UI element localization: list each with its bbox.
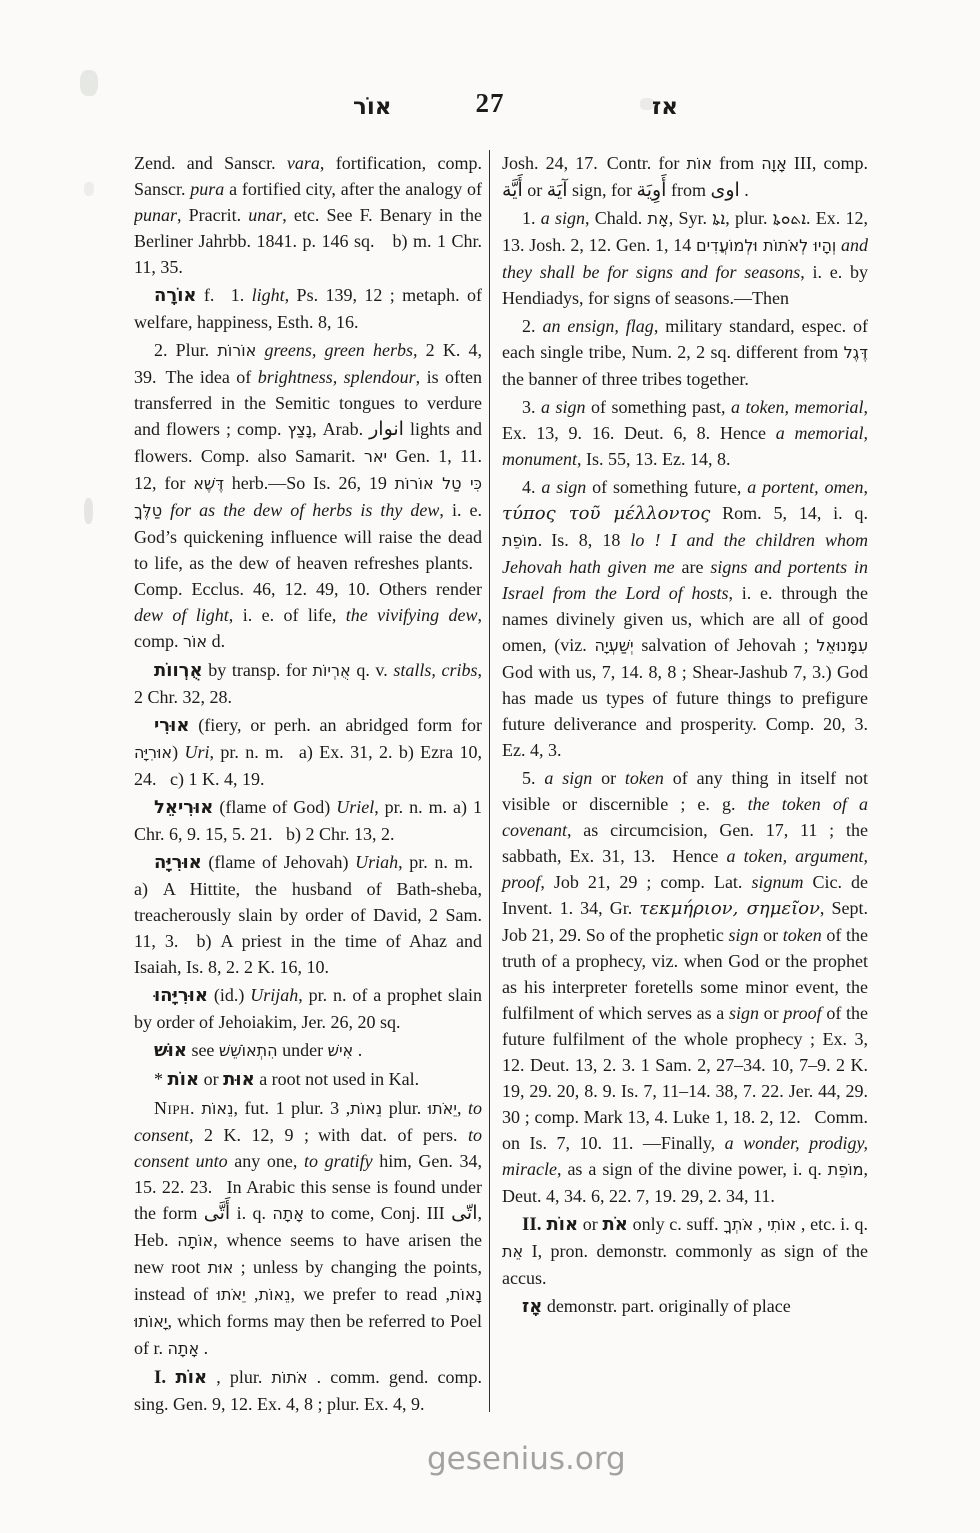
italic-text: sign	[729, 1003, 759, 1023]
text-segment: .	[353, 1040, 362, 1060]
text-segment: f. 1.	[197, 285, 252, 305]
paragraph: * אוֹת or אוּת a root not used in Kal.	[134, 1066, 482, 1093]
page-number: 27	[455, 88, 525, 119]
scanned-lexicon-page: אוֹר 27 אז Zend. and Sanscr. vara, forti…	[0, 0, 980, 1533]
left-column: Zend. and Sanscr. vara, fortification, c…	[134, 150, 482, 1422]
text-segment: God with us, 7, 14. 8, 8 ; Shear-Jashub …	[502, 662, 868, 760]
text-segment: salvation of Jehovah ;	[634, 635, 817, 655]
hebrew-headword: אוּרִיָּהוּ	[154, 985, 208, 1006]
italic-text: brightness, splendour	[258, 367, 416, 387]
hebrew-text: אָוָה	[761, 154, 787, 173]
text-segment: a root not used in Kal.	[255, 1069, 419, 1089]
text-segment: sign, for	[568, 180, 637, 200]
arabic-text: انوار	[369, 418, 404, 440]
paragraph: 2. Plur. אוֹרוֹת greens, green herbs, 2 …	[134, 337, 482, 655]
italic-text: Uriah	[355, 852, 398, 872]
text-segment: ,	[864, 477, 868, 497]
hebrew-text: וְהָיוּ לְאֹתוֹת וּלְמוֹעֲדִים	[696, 236, 836, 255]
italic-text: token	[625, 768, 664, 788]
text-segment: Zend. and Sanscr.	[134, 153, 287, 173]
hebrew-text: אָת	[648, 209, 669, 228]
text-segment: i. q.	[230, 1203, 272, 1223]
text-segment: 3.	[522, 397, 541, 417]
arabic-text: أَيَّة	[502, 179, 523, 201]
text-segment	[256, 340, 264, 360]
hebrew-headword: אוּרִי	[154, 715, 189, 736]
text-segment: (id.)	[208, 985, 250, 1005]
arabic-text: اوى	[710, 179, 739, 201]
text-segment: , Chald.	[585, 208, 648, 228]
hebrew-text: אֹתוֹת	[271, 1368, 307, 1387]
text-segment: are	[675, 557, 711, 577]
bold-label: I.	[154, 1367, 176, 1388]
italic-text: stalls, cribs	[393, 660, 477, 680]
italic-text: an ensign, flag	[542, 316, 653, 336]
hebrew-headword: אוּת	[223, 1069, 255, 1090]
hebrew-text: אוֹתָה	[177, 1231, 213, 1250]
hebrew-text: נֵאוֹת	[259, 1285, 291, 1304]
text-segment: (flame of God)	[213, 797, 336, 817]
hebrew-headword: אוֹרָה	[154, 285, 197, 306]
hebrew-headword: אוּשׁ	[154, 1040, 187, 1061]
paragraph: 2. an ensign, flag, military standard, e…	[502, 313, 868, 392]
watermark: gesenius.org	[427, 1441, 626, 1477]
hebrew-text: אֵת	[502, 1242, 523, 1261]
italic-text: to gratify	[304, 1151, 373, 1171]
paragraph: אָז demonstr. part. originally of place	[502, 1293, 868, 1320]
paragraph: Niph. נֵאוֹת, fut. 1 plur. נֵאוֹת, 3 plu…	[134, 1095, 482, 1362]
text-segment: by transp. for	[203, 660, 313, 680]
text-segment: III, comp.	[787, 153, 868, 173]
italic-text: punar	[134, 205, 177, 225]
text-segment: 4.	[522, 477, 541, 497]
italic-text: Uri	[184, 742, 209, 762]
italic-text: a sign	[541, 208, 585, 228]
hebrew-text: הִתְאוֹשֵׁשׁ	[219, 1041, 278, 1060]
scan-smudge	[84, 498, 93, 524]
text-segment: any one,	[228, 1151, 304, 1171]
hebrew-headword: אוּרִיאֵל	[154, 797, 213, 818]
text-segment: , i. e. of life,	[229, 605, 346, 625]
text-segment: , as a sign of the divine power, i. q.	[557, 1159, 828, 1179]
hebrew-text: אוּרִיָּה	[134, 743, 172, 762]
text-segment: under	[278, 1040, 328, 1060]
text-segment: d.	[207, 631, 225, 651]
text-segment: or	[523, 180, 547, 200]
italic-text: dew of light	[134, 605, 229, 625]
text-segment: *	[154, 1069, 168, 1089]
hebrew-text: אוֹת	[686, 154, 712, 173]
syriac-text: ܐܬܐ	[712, 209, 725, 229]
arabic-text: أَوِيَة	[637, 179, 667, 201]
hebrew-headword: אֹת	[603, 1214, 628, 1235]
text-segment: )	[172, 742, 184, 762]
text-segment: to come, Conj. III	[304, 1203, 451, 1223]
text-segment: , Pracrit.	[177, 205, 248, 225]
text-segment: 1.	[522, 208, 541, 228]
hebrew-headword: אוֹת	[547, 1214, 579, 1235]
text-segment: only c. suff.	[628, 1214, 723, 1234]
text-segment: Josh. 24, 17. Contr. for	[502, 153, 686, 173]
hebrew-text: אֹתְךָ	[723, 1215, 753, 1234]
header-left-keyword: אוֹר	[353, 94, 392, 120]
italic-text: pura	[190, 179, 224, 199]
italic-text: proof	[783, 1003, 821, 1023]
header-right-keyword: אז	[652, 94, 678, 120]
arabic-text: آيَة	[547, 179, 568, 201]
text-segment: or	[759, 1003, 783, 1023]
hebrew-text: מוֹפֵת	[502, 531, 538, 550]
text-segment: see	[187, 1040, 219, 1060]
hebrew-headword: אָז	[522, 1296, 542, 1317]
text-segment: , Job 21, 29 ; comp. Lat.	[540, 872, 751, 892]
paragraph: אוֹרָה f. 1. light, Ps. 139, 12 ; metaph…	[134, 282, 482, 335]
text-segment: or	[199, 1069, 223, 1089]
paragraph: אוּשׁ see הִתְאוֹשֵׁשׁ under אִישׁ .	[134, 1037, 482, 1064]
text-segment: , plur.	[207, 1367, 271, 1387]
italic-text: a token, memorial	[731, 397, 863, 417]
scan-smudge	[84, 182, 94, 196]
hebrew-text: עִמָּנוּאֵל	[816, 636, 868, 655]
text-segment: of something past,	[586, 397, 732, 417]
hebrew-text: נֵאוֹת	[202, 1099, 234, 1118]
text-segment: or	[578, 1214, 602, 1234]
text-segment: Rom. 5, 14, i. q.	[710, 503, 868, 523]
paragraph: אוּרִיָּהוּ (id.) Urijah, pr. n. of a pr…	[134, 982, 482, 1035]
hebrew-text: אוֹרוֹת	[217, 341, 256, 360]
text-segment: the banner of three tribes together.	[502, 369, 749, 389]
text-segment: , we prefer to read	[291, 1284, 446, 1304]
text-segment: , 2 K. 12, 9 ; with dat. of pers.	[189, 1125, 468, 1145]
text-segment: from	[666, 180, 710, 200]
text-segment: herb.—So Is. 26, 19	[224, 473, 395, 493]
hebrew-text: יְשַׁעְיָה	[595, 636, 634, 655]
paragraph: אֻרְווֹת by transp. for אֻרְיוֹת q. v. s…	[134, 657, 482, 710]
smallcaps-label: Niph.	[154, 1098, 195, 1118]
hebrew-text: יָאוֹתוּ	[134, 1312, 168, 1331]
greek-text: τύπος τοῦ μέλλοντος	[502, 503, 710, 524]
text-segment: .	[199, 1338, 208, 1358]
italic-text: sign	[728, 925, 758, 945]
hebrew-headword: אוּרִיָּה	[154, 852, 202, 873]
text-segment: , plur.	[725, 208, 773, 228]
italic-text: light	[252, 285, 285, 305]
italic-text: the vivifying dew	[346, 605, 478, 625]
text-segment: ,	[246, 1284, 259, 1304]
italic-text: token	[783, 925, 822, 945]
italic-text: a sign	[541, 397, 586, 417]
text-segment: , Arab.	[312, 419, 369, 439]
text-segment: or	[592, 768, 625, 788]
text-segment: or	[758, 925, 782, 945]
bold-label: II.	[522, 1214, 547, 1235]
hebrew-text: יֵאֹתוּ	[428, 1099, 457, 1118]
italic-text: a portent, omen	[747, 477, 863, 497]
hebrew-text: אִישׁ	[328, 1041, 354, 1060]
text-segment: q. v.	[351, 660, 394, 680]
text-segment: of something future,	[586, 477, 747, 497]
arabic-text: اتّى	[451, 1202, 477, 1224]
italic-text: unar	[248, 205, 282, 225]
running-header: אוֹר 27 אז	[0, 88, 980, 134]
text-segment: , Syr.	[669, 208, 713, 228]
hebrew-text: מוֹפֵת	[828, 1160, 864, 1179]
hebrew-text: דֶּשֶׁא	[193, 474, 224, 493]
text-segment: 2. Plur.	[154, 340, 217, 360]
italic-text: a sign	[541, 477, 586, 497]
hebrew-text: אוֹתִי	[767, 1215, 796, 1234]
hebrew-text: נָאוֹת	[450, 1285, 482, 1304]
hebrew-text: אוּת	[208, 1258, 234, 1277]
paragraph: I. אוֹת , plur. אֹתוֹת . comm. gend. com…	[134, 1364, 482, 1417]
paragraph: Zend. and Sanscr. vara, fortification, c…	[134, 150, 482, 280]
text-segment: (fiery, or perh. an abridged form for	[189, 715, 482, 735]
hebrew-text: נֵאוֹת	[350, 1099, 382, 1118]
text-segment: from	[712, 153, 761, 173]
text-segment: ,	[457, 1098, 468, 1118]
text-segment: . Is. 8, 18	[538, 530, 631, 550]
syriac-text: ܐܬܘܬܐ	[773, 209, 806, 229]
paragraph: 4. a sign of something future, a portent…	[502, 474, 868, 763]
text-segment: , Is. 55, 13. Ez. 14, 8.	[577, 449, 730, 469]
arabic-text: أَتَّى	[204, 1202, 230, 1224]
hebrew-text: אֻרְיוֹת	[313, 661, 351, 680]
hebrew-headword: אֻרְווֹת	[154, 660, 203, 681]
text-segment: ,	[753, 1214, 767, 1234]
paragraph: אוּרִיָּה (flame of Jehovah) Uriah, pr. …	[134, 849, 482, 980]
text-segment: of the future fulfilment of the whole pr…	[502, 1003, 868, 1153]
hebrew-headword: אוֹת	[168, 1069, 200, 1090]
italic-text: signum	[751, 872, 803, 892]
hebrew-text: נָצַץ	[288, 420, 313, 439]
text-segment: 2.	[522, 316, 542, 336]
paragraph: 5. a sign or token of any thing in itsel…	[502, 765, 868, 1209]
text-segment: demonstr. part. originally of place	[542, 1296, 790, 1316]
italic-text: for as the dew of herbs is thy dew	[170, 500, 439, 520]
page-body: Zend. and Sanscr. vara, fortification, c…	[134, 150, 868, 1422]
paragraph: אוּרִי (fiery, or perh. an abridged form…	[134, 712, 482, 792]
text-segment: , etc. i. q.	[796, 1214, 868, 1234]
text-segment: (flame of Jehovah)	[202, 852, 355, 872]
paragraph: II. אוֹת or אֹת only c. suff. אוֹתִי , א…	[502, 1211, 868, 1291]
paragraph: 1. a sign, Chald. אָת, Syr. ܐܬܐ, plur. ܐ…	[502, 205, 868, 311]
italic-text: Uriel	[336, 797, 374, 817]
italic-text: vara	[287, 153, 320, 173]
text-segment: I, pron. demonstr. commonly as sign of t…	[502, 1241, 868, 1288]
italic-text: a sign	[544, 768, 592, 788]
hebrew-headword: אוֹת	[176, 1367, 208, 1388]
italic-text: Urijah	[250, 985, 298, 1005]
hebrew-text: אוֹר	[183, 632, 207, 651]
hebrew-text: יאר	[364, 447, 387, 466]
hebrew-text: אָתָה	[168, 1339, 200, 1358]
text-segment: .	[740, 180, 749, 200]
hebrew-text: אָתָה	[272, 1204, 304, 1223]
greek-text: τεκμήριον, σημεῖον	[639, 898, 820, 919]
paragraph: אוּרִיאֵל (flame of God) Uriel, pr. n. m…	[134, 794, 482, 847]
italic-text: greens, green herbs	[265, 340, 413, 360]
text-segment: 5.	[522, 768, 544, 788]
hebrew-text: יֵאֹתוּ	[217, 1285, 246, 1304]
paragraph: 3. a sign of something past, a token, me…	[502, 394, 868, 472]
paragraph: Josh. 24, 17. Contr. for אוֹת from אָוָה…	[502, 150, 868, 203]
text-segment: , fut. 1 plur.	[233, 1098, 330, 1118]
right-column: Josh. 24, 17. Contr. for אוֹת from אָוָה…	[502, 150, 868, 1422]
text-segment: a fortified city, after the analogy of	[224, 179, 482, 199]
hebrew-text: דֶּגֶל	[844, 343, 868, 362]
text-segment	[162, 500, 170, 520]
